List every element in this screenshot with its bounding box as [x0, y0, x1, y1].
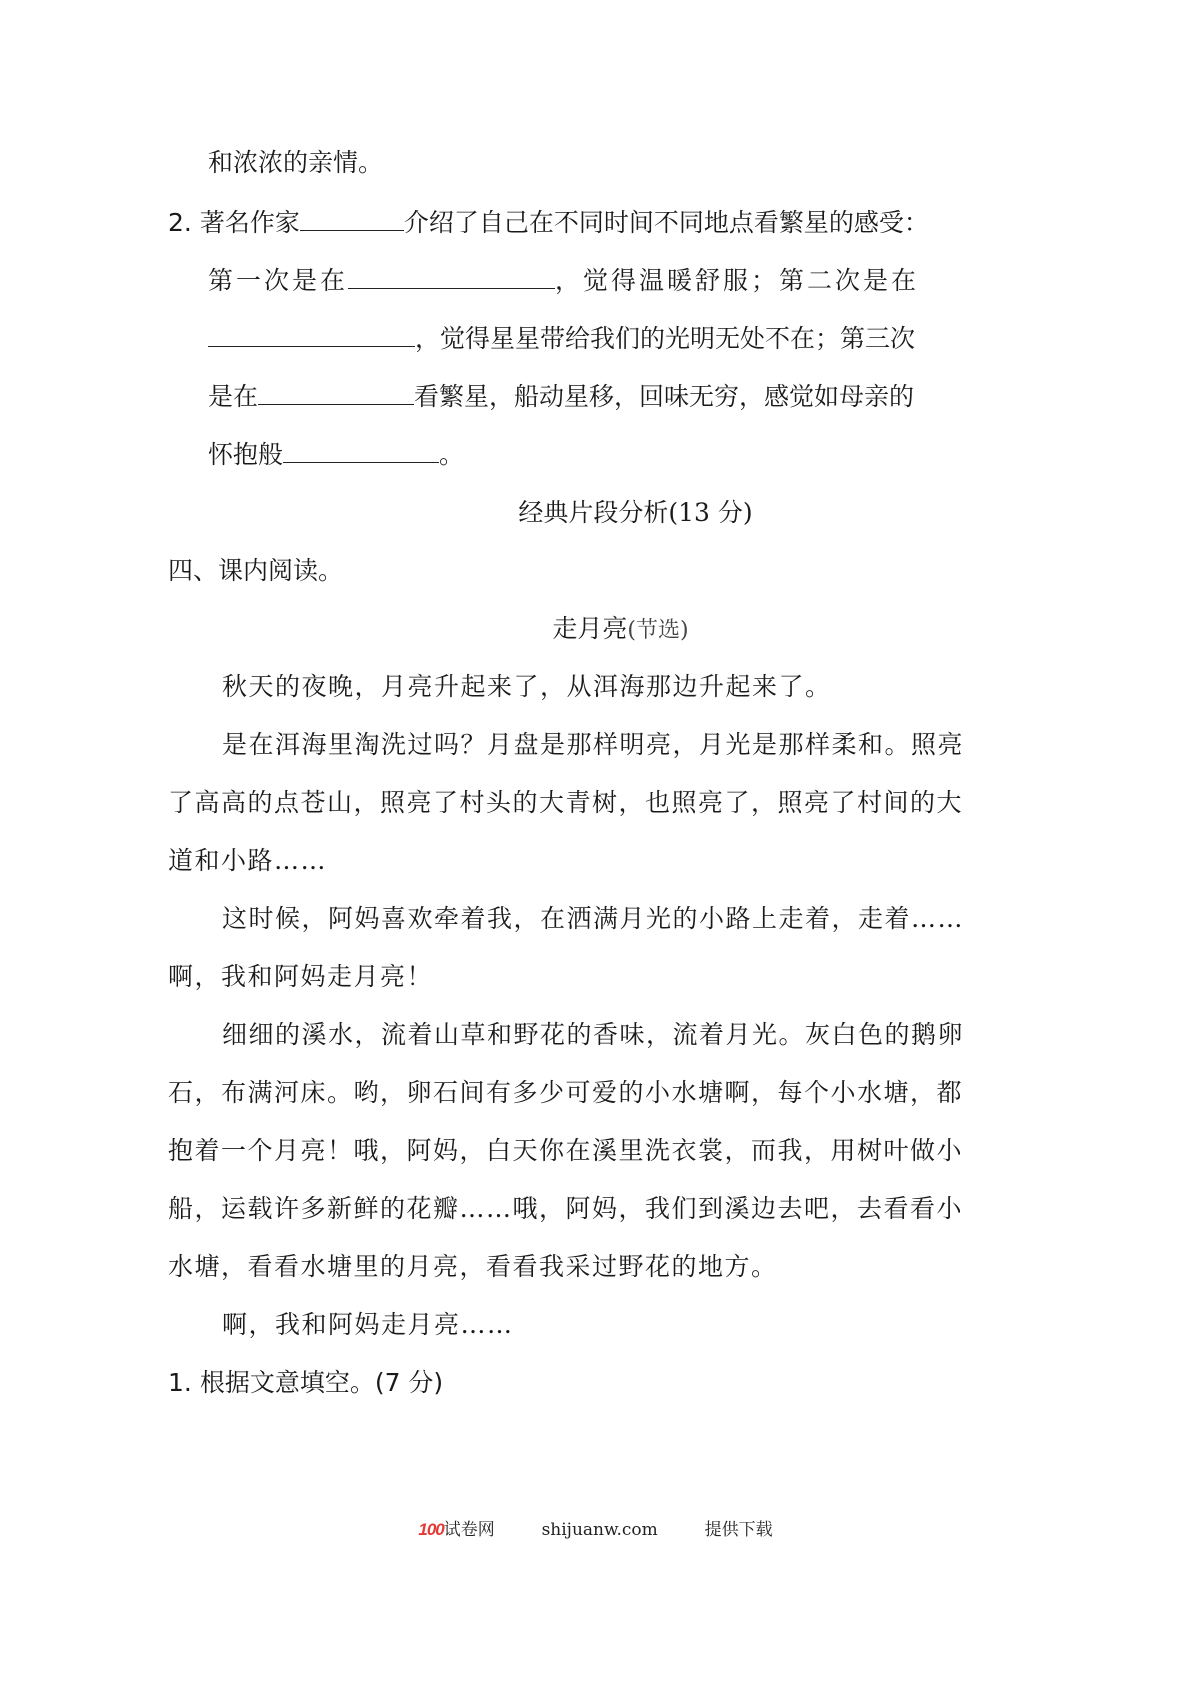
text-fragment: ，觉得星星带给我们的光明无处不在；第三次 [415, 324, 915, 353]
text-fragment: 看繁星，船动星移，回味无穷，感觉如母亲的 [414, 382, 914, 411]
passage-paragraph-4-line-4: 船，运载许多新鲜的花瓣……哦，阿妈，我们到溪边去吧，去看看小 [168, 1192, 963, 1226]
question-2-line-1: 2. 著名作家介绍了自己在不同时间不同地点看繁星的感受： [168, 204, 929, 240]
passage-paragraph-3-line-2: 啊，我和阿妈走月亮！ [168, 960, 433, 994]
text-fragment: 第一次是在 [208, 266, 348, 295]
text-fragment: 。 [439, 440, 464, 469]
fill-blank-third-place[interactable] [258, 378, 414, 405]
question-number: 2. [168, 208, 192, 237]
text-fragment: 著名作家 [200, 208, 300, 237]
passage-title: 走月亮(节选) [0, 612, 1191, 648]
text-fragment: 是在 [208, 382, 258, 411]
passage-paragraph-4-line-1: 细细的溪水，流着山草和野花的香味，流着月光。灰白色的鹅卵 [222, 1018, 964, 1052]
question-2-line-2: 第一次是在，觉得温暖舒服；第二次是在 [208, 262, 919, 298]
question-2-line-5: 怀抱般。 [208, 436, 464, 472]
passage-paragraph-4-line-3: 抱着一个月亮！哦，阿妈，白天你在溪里洗衣裳，而我，用树叶做小 [168, 1134, 963, 1168]
section-title: 经典片段分析(13 分) [0, 496, 1191, 530]
question-2-line-3: ，觉得星星带给我们的光明无处不在；第三次 [208, 320, 915, 356]
site-domain[interactable]: shijuanw.com [542, 1520, 658, 1540]
passage-paragraph-2-line-2: 了高高的点苍山，照亮了村头的大青树，也照亮了，照亮了村间的大 [168, 786, 963, 820]
text-fragment: 介绍了自己在不同时间不同地点看繁星的感受： [404, 208, 929, 237]
text-fragment: 怀抱般 [208, 440, 283, 469]
site-logo-icon: 100 [418, 1520, 443, 1539]
text-fragment: 和浓浓的亲情。 [208, 148, 383, 177]
passage-paragraph-2-line-3: 道和小路…… [168, 844, 327, 878]
passage-title-text: 走月亮 [552, 614, 627, 643]
fill-blank-feeling[interactable] [283, 436, 439, 463]
question-text: 根据文意填空。(7 分) [200, 1368, 443, 1397]
text-line: 和浓浓的亲情。 [208, 146, 383, 180]
text-fragment: ，觉得温暖舒服；第二次是在 [555, 266, 919, 295]
question-number: 1. [168, 1368, 192, 1397]
passage-paragraph-1: 秋天的夜晚，月亮升起来了，从洱海那边升起来了。 [222, 670, 832, 704]
page-footer: 100试卷网 shijuanw.com 提供下载 [0, 1515, 1191, 1540]
site-name: 试卷网 [444, 1520, 495, 1540]
passage-paragraph-3-line-1: 这时候，阿妈喜欢牵着我，在洒满月光的小路上走着，走着…… [222, 902, 964, 936]
passage-title-note: (节选) [627, 618, 688, 643]
passage-paragraph-4-line-5: 水塘，看看水塘里的月亮，看看我采过野花的地方。 [168, 1250, 778, 1284]
passage-paragraph-2-line-1: 是在洱海里淘洗过吗？月盘是那样明亮，月光是那样柔和。照亮 [222, 728, 964, 762]
question-1: 1. 根据文意填空。(7 分) [168, 1366, 443, 1400]
fill-blank-first-place[interactable] [348, 262, 555, 289]
fill-blank-author[interactable] [300, 204, 404, 231]
fill-blank-second-place[interactable] [208, 320, 415, 347]
passage-paragraph-4-line-2: 石，布满河床。哟，卵石间有多少可爱的小水塘啊，每个小水塘，都 [168, 1076, 963, 1110]
footer-note: 提供下载 [705, 1520, 773, 1540]
passage-paragraph-5: 啊，我和阿妈走月亮…… [222, 1308, 514, 1342]
part-heading: 四、课内阅读。 [168, 554, 343, 588]
question-2-line-4: 是在看繁星，船动星移，回味无穷，感觉如母亲的 [208, 378, 914, 414]
